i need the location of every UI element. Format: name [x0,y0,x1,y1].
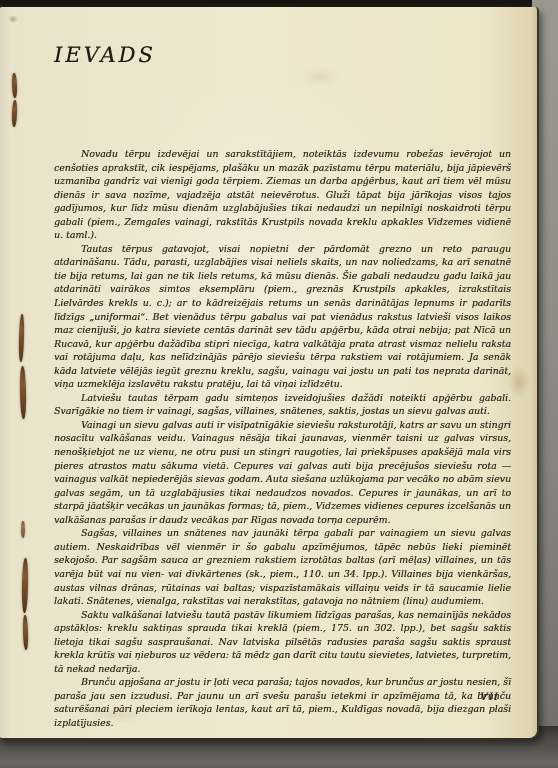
paper-stain [508,365,530,399]
paragraph-5: Sagšas, villaines un snātenes nav jaunāk… [54,527,511,608]
paragraph-2: Tautas tērpus gatavojot, visai nopietni … [54,243,511,392]
chapter-title: IEVADS [54,43,156,67]
binding-stitch [12,100,18,127]
paragraph-7: Brunču apjošana ar jostu ir ļoti veca pa… [54,676,511,730]
paragraph-3: Latviešu tautas tērpam gadu simteņos izv… [54,392,511,419]
paper-stain [300,67,340,87]
binding-stitch [23,615,29,650]
binding-stitch [18,314,24,362]
binding-stitch [22,558,29,613]
paragraph-1: Novadu tērpu izdevējai un sarakstītājiem… [54,148,511,243]
page-number: VII [54,691,499,703]
scanned-book-page: IEVADS Novadu tērpu izdevējai un sarakst… [0,0,558,768]
binding-stitch [21,521,25,538]
paragraph-4: Vainagi un sievu galvas auti ir visīpatn… [54,419,511,527]
binding-stitch [20,366,27,419]
body-text: Novadu tērpu izdevējai un sarakstītājiem… [54,148,511,731]
book-page: IEVADS Novadu tērpu izdevējai un sarakst… [0,7,539,740]
binding-stitch [12,73,18,98]
paragraph-6: Saktu valkāšanai latviešu tautā pastāv l… [54,609,511,677]
paper-stain [8,15,18,23]
